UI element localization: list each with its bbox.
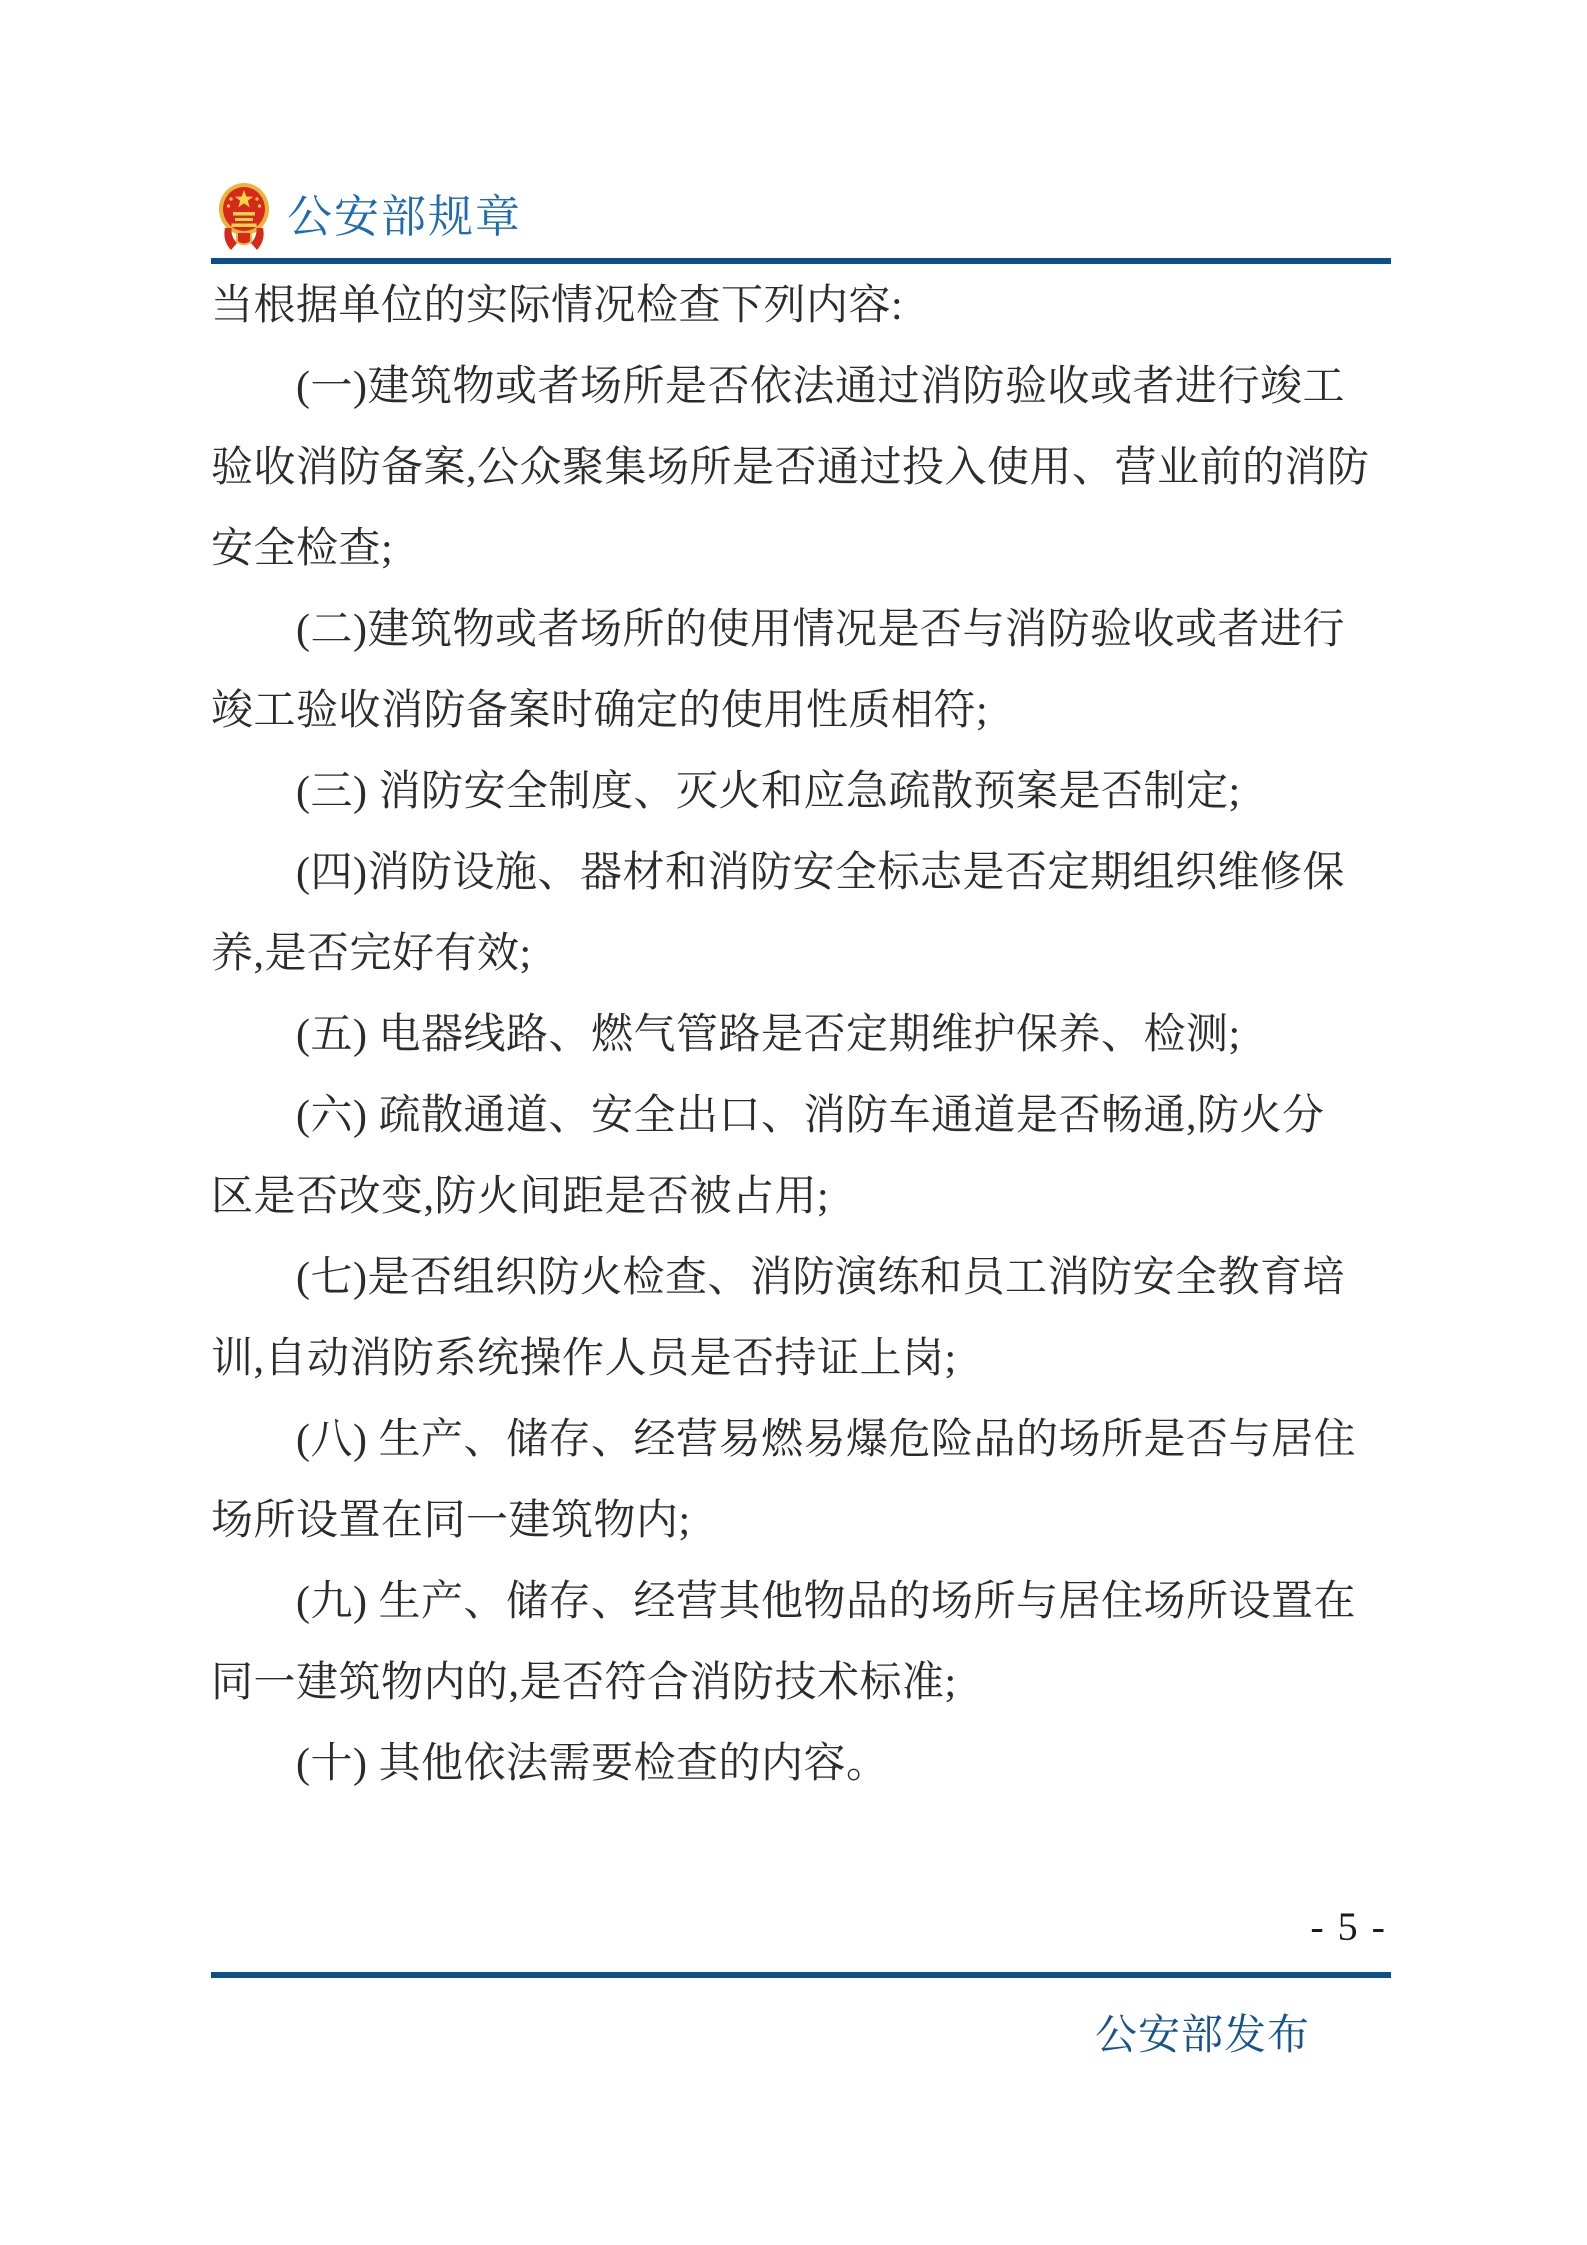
document-page: 公安部规章 当根据单位的实际情况检查下列内容: (一)建筑物或者场所是否依法通过…	[0, 0, 1587, 2245]
document-header: 公安部规章	[218, 182, 522, 252]
document-text-line: (六) 疏散通道、安全出口、消防车通道是否畅通,防火分	[211, 1076, 1391, 1157]
document-text-line: 竣工验收消防备案时确定的使用性质相符;	[211, 671, 1391, 752]
document-text-line: (五) 电器线路、燃气管路是否定期维护保养、检测;	[211, 995, 1391, 1076]
publisher-label: 公安部发布	[1095, 2002, 1310, 2062]
document-text-line: (九) 生产、储存、经营其他物品的场所与居住场所设置在	[211, 1562, 1391, 1643]
page-number: - 5 -	[1310, 1903, 1387, 1950]
document-text-line: (四)消防设施、器材和消防安全标志是否定期组织维修保	[211, 833, 1391, 914]
national-emblem-icon	[218, 182, 270, 252]
document-text-line: (十) 其他依法需要检查的内容。	[211, 1724, 1391, 1805]
document-text-line: (二)建筑物或者场所的使用情况是否与消防验收或者进行	[211, 590, 1391, 671]
document-text-line: (一)建筑物或者场所是否依法通过消防验收或者进行竣工	[211, 347, 1391, 428]
footer-divider	[211, 1972, 1391, 1978]
document-text-line: 区是否改变,防火间距是否被占用;	[211, 1157, 1391, 1238]
document-body: 当根据单位的实际情况检查下列内容: (一)建筑物或者场所是否依法通过消防验收或者…	[211, 266, 1391, 1805]
document-text-line: 场所设置在同一建筑物内;	[211, 1481, 1391, 1562]
document-text-line: 同一建筑物内的,是否符合消防技术标准;	[211, 1643, 1391, 1724]
document-text-line: (八) 生产、储存、经营易燃易爆危险品的场所是否与居住	[211, 1400, 1391, 1481]
document-text-line: 养,是否完好有效;	[211, 914, 1391, 995]
header-title: 公安部规章	[287, 182, 522, 252]
document-text-line: (七)是否组织防火检查、消防演练和员工消防安全教育培	[211, 1238, 1391, 1319]
document-text-line: (三) 消防安全制度、灭火和应急疏散预案是否制定;	[211, 752, 1391, 833]
document-text-line: 安全检查;	[211, 509, 1391, 590]
document-text-line: 训,自动消防系统操作人员是否持证上岗;	[211, 1319, 1391, 1400]
header-divider	[211, 258, 1391, 264]
document-text-line: 当根据单位的实际情况检查下列内容:	[211, 266, 1391, 347]
document-text-line: 验收消防备案,公众聚集场所是否通过投入使用、营业前的消防	[211, 428, 1391, 509]
